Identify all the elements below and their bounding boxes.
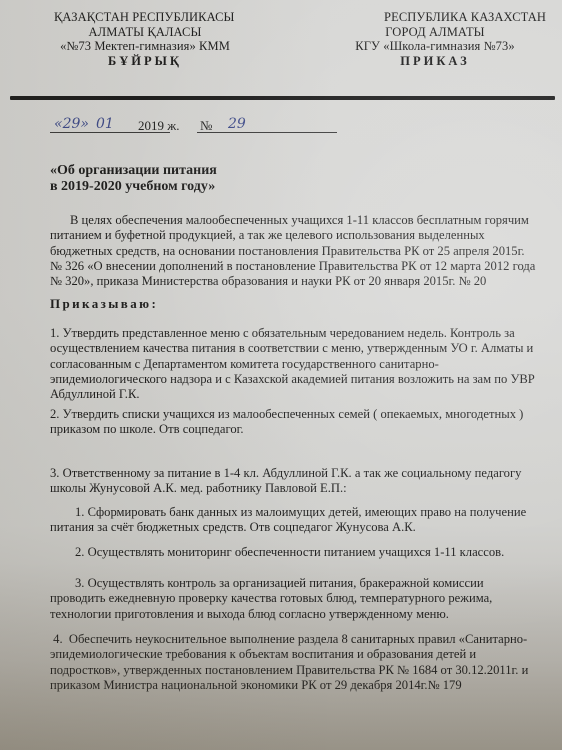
text-line: приказом по школе. Отв соцпедагог.	[50, 422, 520, 437]
text-line: № 320», приказа Министерства образования…	[50, 274, 520, 289]
header-ru-doc-type: ПРИКАЗ	[330, 54, 540, 69]
text-line: 4. Обеспечить неукоснительное выполнение…	[50, 632, 520, 647]
text-line: питания за счёт бюджетных средств. Отв с…	[50, 520, 520, 535]
title-line: в 2019-2020 учебном году»	[50, 179, 217, 195]
text-line: 3. Осуществлять контроль за организацией…	[50, 576, 520, 591]
header-ru-country: РЕСПУБЛИКА КАЗАХСТАН	[330, 10, 546, 25]
header-ru-institution: КГУ «Школа-гимназия №73»	[330, 39, 540, 54]
header-divider	[10, 96, 555, 100]
order-item-3: 3. Ответственному за питание в 1-4 кл. А…	[50, 466, 520, 497]
text-line: осуществлением качества питания в соотве…	[50, 341, 520, 356]
text-line: № 326 «О внесении дополнений в постановл…	[50, 259, 520, 274]
order-item-4: 4. Обеспечить неукоснительное выполнение…	[50, 632, 520, 693]
text-line: согласованным с Департаментом комитета г…	[50, 357, 520, 372]
header-kz-city: АЛМАТЫ ҚАЛАСЫ	[40, 25, 250, 40]
text-line: подростков», утвержденных постановлением…	[50, 663, 520, 678]
order-title: «Об организации питания в 2019-2020 учеб…	[50, 163, 217, 195]
text-line: 3. Ответственному за питание в 1-4 кл. А…	[50, 466, 520, 481]
order-heading: Приказываю:	[50, 296, 158, 312]
header-kz-country: ҚАЗАҚСТАН РЕСПУБЛИКАСЫ	[40, 10, 250, 25]
text-line: бюджетных средств, на основании постанов…	[50, 244, 520, 259]
handwritten-day: «29»	[54, 116, 89, 132]
text-line: 1. Утвердить представленное меню с обяза…	[50, 326, 520, 341]
text-line: В целях обеспечения малообеспеченных уча…	[50, 213, 520, 228]
order-item-2: 2. Утвердить списки учащихся из малообес…	[50, 407, 520, 438]
text-line: эпидемиологические требования к объектам…	[50, 647, 520, 662]
document-page: ҚАЗАҚСТАН РЕСПУБЛИКАСЫ АЛМАТЫ ҚАЛАСЫ «№7…	[0, 0, 562, 750]
header-kz-doc-type: БҰЙРЫҚ	[40, 54, 250, 69]
text-line: технологии приготовления и выхода блюд с…	[50, 607, 520, 622]
date-underline	[50, 132, 170, 133]
order-item-3-sub-1: 1. Сформировать банк данных из малоимущи…	[50, 505, 520, 536]
number-underline	[197, 132, 337, 133]
title-line: «Об организации питания	[50, 163, 217, 179]
preamble-paragraph: В целях обеспечения малообеспеченных уча…	[50, 213, 520, 289]
text-line: 2. Осуществлять мониторинг обеспеченност…	[50, 545, 520, 560]
order-item-1: 1. Утвердить представленное меню с обяза…	[50, 326, 520, 402]
date-number-line: «29» 01 2019 ж. № 29	[50, 117, 350, 135]
header-kazakh: ҚАЗАҚСТАН РЕСПУБЛИКАСЫ АЛМАТЫ ҚАЛАСЫ «№7…	[40, 10, 250, 68]
handwritten-month: 01	[96, 116, 114, 132]
text-line: питанием и буфетной продукцией, а так же…	[50, 228, 520, 243]
text-line: эпидемиологического надзора и с Казахско…	[50, 372, 520, 387]
text-line: 1. Сформировать банк данных из малоимущи…	[50, 505, 520, 520]
order-item-3-sub-2: 2. Осуществлять мониторинг обеспеченност…	[50, 545, 520, 560]
text-line: проводить ежедневную проверку качества г…	[50, 591, 520, 606]
text-line: приказом Министра национальной экономики…	[50, 678, 520, 693]
header-ru-city: ГОРОД АЛМАТЫ	[330, 25, 540, 40]
header-kz-institution: «№73 Мектеп-гимназия» КММ	[40, 39, 250, 54]
text-line: 2. Утвердить списки учащихся из малообес…	[50, 407, 520, 422]
handwritten-number: 29	[228, 116, 246, 132]
header-russian: РЕСПУБЛИКА КАЗАХСТАН ГОРОД АЛМАТЫ КГУ «Ш…	[330, 10, 540, 68]
order-item-3-sub-3: 3. Осуществлять контроль за организацией…	[50, 576, 520, 622]
text-line: Абдуллиной Г.К.	[50, 387, 520, 402]
text-line: школы Жунусовой А.К. мед. работнику Павл…	[50, 481, 520, 496]
